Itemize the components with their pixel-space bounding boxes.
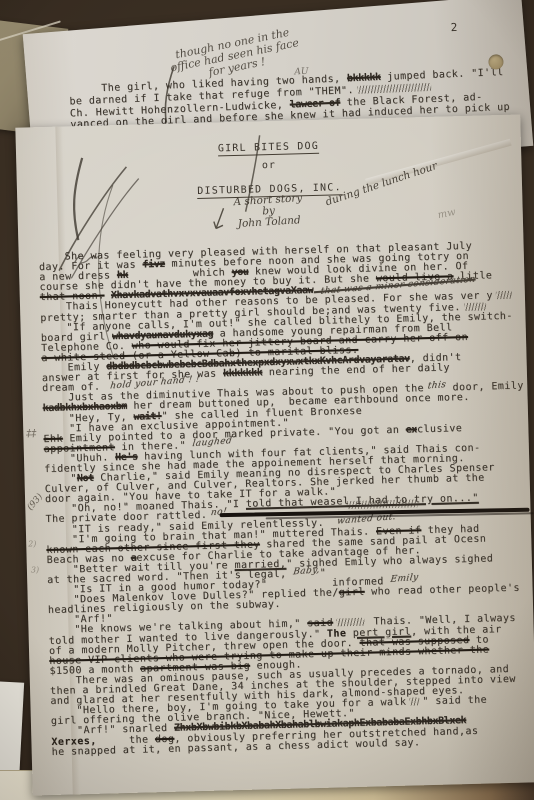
faint-pencil-initials: mw: [437, 207, 457, 221]
manuscript-page-1: GIRL BITES DOG or DISTURBED DOGS, INC. A…: [15, 115, 534, 796]
photograph-of-manuscript: 2 though no one in the office had seen h…: [0, 0, 534, 800]
handwritten-scribble: [336, 618, 364, 627]
typed-text-page-1: She was feeling very pleased with hersel…: [39, 241, 527, 758]
story-title: GIRL BITES DOG: [218, 141, 319, 157]
margin-dagger-mark: ‡‡: [26, 428, 36, 439]
page-number: 2: [451, 21, 458, 34]
margin-year-note: (93): [26, 492, 46, 513]
handwritten-scribble: [496, 291, 512, 299]
handwritten-scribble: [357, 83, 431, 94]
margin-edge-mark: 2): [28, 539, 36, 548]
typed-segment: " said the: [422, 695, 487, 708]
overstruck-typed-segment: bkkkkk: [347, 72, 381, 84]
typed-segment: clusive: [417, 423, 463, 435]
handwritten-segment: Emily: [390, 573, 419, 585]
handwritten-scribble: [409, 698, 419, 706]
handwritten-scribble: [464, 302, 486, 311]
handwritten-segment: this: [423, 380, 446, 392]
pen-struck-segment: girl: [339, 587, 365, 599]
margin-edge-mark: 3): [31, 565, 39, 574]
title-block: GIRL BITES DOG or DISTURBED DOGS, INC.: [16, 128, 522, 203]
overstruck-typed-segment: ex: [406, 424, 418, 435]
overstruck-typed-segment: kkkkkkk: [223, 367, 263, 379]
handwritten-segment: Baby,: [292, 565, 320, 577]
